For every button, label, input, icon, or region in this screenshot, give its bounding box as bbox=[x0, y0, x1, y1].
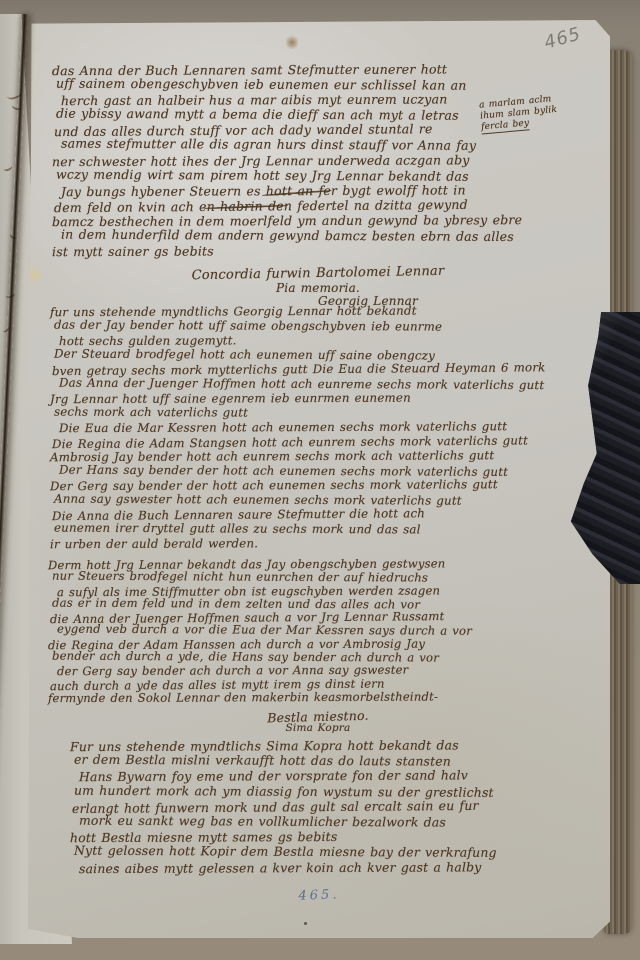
paragraph-block-4: Fur uns stehende myndtlichs Sima Kopra h… bbox=[70, 738, 590, 875]
paragraph-block-2: fur uns stehende myndtlichs Georgig Lenn… bbox=[50, 304, 598, 551]
manuscript-line: ir urben der auld berald werden. bbox=[50, 535, 598, 552]
heading-pia-memoria: Pia memoria. bbox=[98, 281, 538, 295]
folio-number-pencil: 465 bbox=[542, 23, 584, 53]
paper-stain bbox=[286, 34, 298, 51]
manuscript-page: 465 das Anna der Buch Lennaren samt Stef… bbox=[28, 20, 610, 938]
manuscript-line: saines aibes mytt gelessen a kver koin a… bbox=[79, 859, 590, 876]
folio-number-blue: 465. bbox=[244, 885, 394, 905]
paper-speck bbox=[304, 922, 307, 925]
manuscript-line: ist mytt sainer gs bebits bbox=[52, 242, 592, 259]
marginalia-ink-mark bbox=[2, 163, 13, 173]
paragraph-block-3: Derm hott Jrg Lennar bekandt das Jay obe… bbox=[48, 558, 596, 704]
paper-speck bbox=[116, 866, 118, 868]
heading-sima-kopra: Sima Kopra bbox=[98, 722, 538, 734]
paragraph-block-1: das Anna der Buch Lennaren samt Stefmutt… bbox=[52, 62, 592, 258]
manuscript-photo: 465 das Anna der Buch Lennaren samt Stef… bbox=[0, 0, 640, 960]
